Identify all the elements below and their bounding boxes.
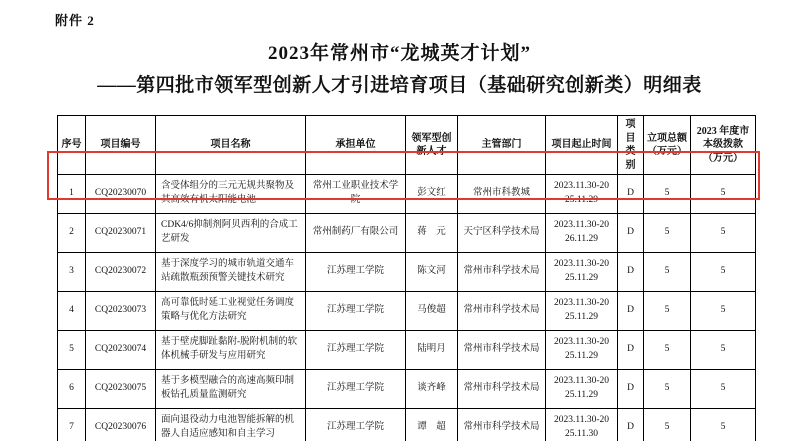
table-cell: 常州市科学技术局 [458, 409, 546, 441]
table-cell: CQ20230073 [86, 292, 156, 331]
table-cell: 江苏理工学院 [306, 253, 406, 292]
table-cell: 2023.11.30-2025.11.30 [546, 409, 618, 441]
table-cell: 5 [691, 253, 756, 292]
table-cell: 常州市科教城 [458, 175, 546, 214]
col-header-project-category: 项目类别 [618, 116, 644, 175]
table-cell: 天宁区科学技术局 [458, 214, 546, 253]
table-body: 1CQ20230070含受体组分的三元无规共聚物及其高效有机太阳能电池常州工业职… [58, 175, 756, 441]
document-title: 2023年常州市“龙城英才计划” [0, 38, 799, 65]
table-cell: 5 [644, 214, 691, 253]
table-cell: 谭 超 [406, 409, 458, 441]
table-cell: CQ20230076 [86, 409, 156, 441]
table-cell: D [618, 370, 644, 409]
table-cell: 7 [58, 409, 86, 441]
table-cell: 5 [691, 409, 756, 441]
col-header-seq: 序号 [58, 116, 86, 175]
table-row: 5CQ20230074基于壁虎脚趾黏附-脱附机制的软体机械手研发与应用研究江苏理… [58, 331, 756, 370]
table-cell: 5 [644, 409, 691, 441]
table-cell: 5 [644, 331, 691, 370]
table-cell: 5 [58, 331, 86, 370]
table-cell: 江苏理工学院 [306, 409, 406, 441]
table-cell: 面向退役动力电池智能拆解的机器人自适应感知和自主学习 [156, 409, 306, 441]
table-cell: D [618, 409, 644, 441]
table-cell: 马俊超 [406, 292, 458, 331]
table-cell: 高可靠低时延工业视觉任务调度策略与优化方法研究 [156, 292, 306, 331]
table-cell: 5 [691, 214, 756, 253]
table-cell: 5 [691, 331, 756, 370]
table-cell: 5 [644, 292, 691, 331]
table-row: 4CQ20230073高可靠低时延工业视觉任务调度策略与优化方法研究江苏理工学院… [58, 292, 756, 331]
table-header-row: 序号 项目编号 项目名称 承担单位 领军型创新人才 主管部门 项目起止时间 项目… [58, 116, 756, 175]
table-cell: 谈齐峰 [406, 370, 458, 409]
col-header-competent-dept: 主管部门 [458, 116, 546, 175]
table-cell: 2 [58, 214, 86, 253]
table-cell: 5 [691, 370, 756, 409]
table-cell: 2023.11.30-2025.11.29 [546, 175, 618, 214]
table-cell: CQ20230070 [86, 175, 156, 214]
table-cell: CDK4/6抑制剂阿贝西利的合成工艺研发 [156, 214, 306, 253]
table-cell: 3 [58, 253, 86, 292]
table-cell: 江苏理工学院 [306, 331, 406, 370]
document-page: 附件 2 2023年常州市“龙城英才计划” ——第四批市领军型创新人才引进培育项… [0, 0, 799, 441]
table-cell: D [618, 214, 644, 253]
table-cell: 陈文河 [406, 253, 458, 292]
table-cell: 2023.11.30-2025.11.29 [546, 292, 618, 331]
table-cell: 2023.11.30-2026.11.29 [546, 214, 618, 253]
col-header-project-period: 项目起止时间 [546, 116, 618, 175]
col-header-project-name: 项目名称 [156, 116, 306, 175]
col-header-project-code: 项目编号 [86, 116, 156, 175]
table-cell: 4 [58, 292, 86, 331]
table-cell: 基于深度学习的城市轨道交通车站疏散瓶颈预警关键技术研究 [156, 253, 306, 292]
table-cell: D [618, 175, 644, 214]
table-cell: 常州市科学技术局 [458, 370, 546, 409]
col-header-undertaking-unit: 承担单位 [306, 116, 406, 175]
table-cell: 常州市科学技术局 [458, 292, 546, 331]
table-cell: 常州市科学技术局 [458, 253, 546, 292]
table-cell: 2023.11.30-2025.11.29 [546, 253, 618, 292]
table-cell: D [618, 253, 644, 292]
table-cell: 5 [644, 370, 691, 409]
table-cell: D [618, 292, 644, 331]
col-header-leading-talent: 领军型创新人才 [406, 116, 458, 175]
table-cell: 基于多模型融合的高速高频印制板钻孔质量监测研究 [156, 370, 306, 409]
col-header-2023-allocation: 2023 年度市本级拨款（万元） [691, 116, 756, 175]
table-cell: CQ20230071 [86, 214, 156, 253]
table-row-highlighted: 1CQ20230070含受体组分的三元无规共聚物及其高效有机太阳能电池常州工业职… [58, 175, 756, 214]
table-row: 6CQ20230075基于多模型融合的高速高频印制板钻孔质量监测研究江苏理工学院… [58, 370, 756, 409]
table-cell: 江苏理工学院 [306, 370, 406, 409]
table-cell: 5 [691, 292, 756, 331]
table-row: 3CQ20230072基于深度学习的城市轨道交通车站疏散瓶颈预警关键技术研究江苏… [58, 253, 756, 292]
table-cell: 江苏理工学院 [306, 292, 406, 331]
table-cell: 6 [58, 370, 86, 409]
table-cell: 1 [58, 175, 86, 214]
table-cell: 常州工业职业技术学院 [306, 175, 406, 214]
table-cell: 2023.11.30-2025.11.29 [546, 370, 618, 409]
table-cell: D [618, 331, 644, 370]
col-header-total-funding: 立项总额（万元） [644, 116, 691, 175]
table-cell: 5 [691, 175, 756, 214]
attachment-label: 附件 2 [55, 10, 95, 29]
table-cell: 5 [644, 175, 691, 214]
table-cell: CQ20230074 [86, 331, 156, 370]
table-cell: 彭文红 [406, 175, 458, 214]
table-row: 7CQ20230076面向退役动力电池智能拆解的机器人自适应感知和自主学习江苏理… [58, 409, 756, 441]
projects-table: 序号 项目编号 项目名称 承担单位 领军型创新人才 主管部门 项目起止时间 项目… [57, 115, 756, 441]
table-cell: 含受体组分的三元无规共聚物及其高效有机太阳能电池 [156, 175, 306, 214]
table-cell: 陆明月 [406, 331, 458, 370]
document-subtitle: ——第四批市领军型创新人才引进培育项目（基础研究创新类）明细表 [0, 70, 799, 97]
table-row: 2CQ20230071CDK4/6抑制剂阿贝西利的合成工艺研发常州制药厂有限公司… [58, 214, 756, 253]
table-cell: 常州制药厂有限公司 [306, 214, 406, 253]
table-cell: 基于壁虎脚趾黏附-脱附机制的软体机械手研发与应用研究 [156, 331, 306, 370]
table-cell: CQ20230075 [86, 370, 156, 409]
table-cell: 5 [644, 253, 691, 292]
table-cell: 常州市科学技术局 [458, 331, 546, 370]
table-cell: 2023.11.30-2025.11.29 [546, 331, 618, 370]
table-cell: CQ20230072 [86, 253, 156, 292]
table-cell: 蒋 元 [406, 214, 458, 253]
